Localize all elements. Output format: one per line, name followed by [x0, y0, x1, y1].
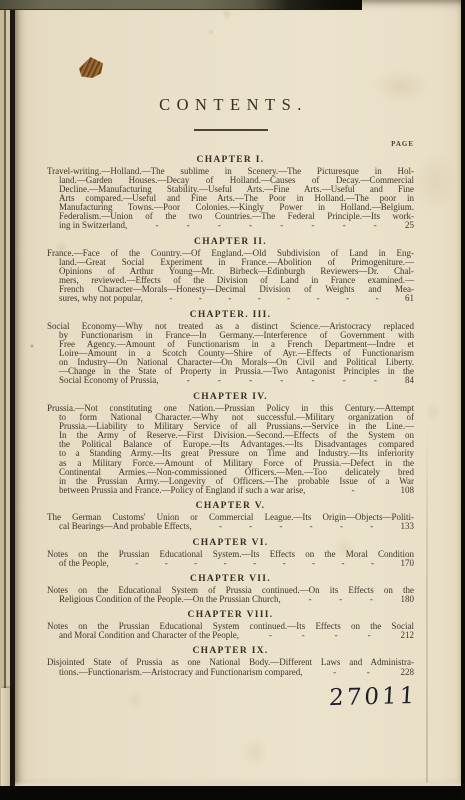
- leader-dash: -: [370, 522, 373, 531]
- leader-dash: -: [302, 631, 305, 640]
- chapter-last-line: Social Economy of Prussia, -------84: [47, 376, 414, 385]
- toc-chapter: CHAPTER VI. Notes on the Prussian Educat…: [47, 538, 414, 568]
- leader-dash: -: [310, 522, 313, 531]
- page-crease: [426, 420, 428, 783]
- leader-dash: -: [376, 294, 379, 303]
- chapter-heading: CHAPTER IV.: [47, 392, 414, 402]
- leader-dash: -: [342, 559, 345, 568]
- leader-dash: -: [312, 559, 315, 568]
- chapter-last-line: ing in Switzerland, --------25: [47, 221, 414, 230]
- chapter-page-number: 170: [400, 559, 414, 568]
- leader-dash: -: [368, 631, 371, 640]
- chapter-last-line: between Prussia and France.—Policy of En…: [47, 486, 414, 495]
- chapter-page-number: 212: [400, 631, 414, 640]
- leader-dash: -: [339, 595, 342, 604]
- book-page: CONTENTS. PAGE CHAPTER I. Travel-writing…: [15, 0, 462, 787]
- scanner-background-right-edge: [461, 0, 465, 800]
- scanner-background-top-band: [0, 0, 362, 10]
- scanned-book-page: CONTENTS. PAGE CHAPTER I. Travel-writing…: [0, 0, 465, 800]
- toc-chapter: CHAPTER II. France.—Face of the Country.…: [47, 237, 414, 304]
- chapter-heading: CHAPTER II.: [47, 237, 414, 247]
- leader-dash: -: [374, 221, 377, 230]
- chapter-last-line-text: Religious Condition of the People.—On th…: [59, 595, 281, 604]
- chapter-heading: CHAPTER V.: [47, 501, 414, 511]
- leader-dash: -: [335, 631, 338, 640]
- chapter-heading: CHAPTER IX.: [47, 646, 414, 656]
- chapter-heading: CHAPTER VII.: [47, 574, 414, 584]
- toc-chapter: CHAPTER IV. Prussia.—Not constituting on…: [47, 392, 414, 496]
- leader-dash: -: [370, 595, 373, 604]
- chapter-last-line: of the People, ---------170: [47, 559, 414, 568]
- chapter-page-number: 108: [401, 486, 415, 495]
- leader-dash: -: [333, 668, 336, 677]
- chapter-lines: Prussia.—Not constituting one Nation.—Pr…: [47, 404, 414, 486]
- leader-dash: -: [343, 376, 346, 385]
- leader-dash: -: [249, 522, 252, 531]
- toc-chapter: CHAPTER I. Travel-writing.—Holland.—The …: [47, 155, 414, 231]
- chapter-heading: CHAPTER VIII.: [47, 610, 414, 620]
- leader-dash: -: [199, 294, 202, 303]
- leader-dash: -: [308, 595, 311, 604]
- page-title: CONTENTS.: [47, 94, 414, 116]
- adjacent-page-edge: [0, 0, 15, 787]
- chapter-page-number: 133: [400, 522, 414, 531]
- chapter-last-line-text: and Moral Condition and Character of the…: [59, 631, 239, 640]
- leader-dash: -: [283, 559, 286, 568]
- chapter-heading: CHAPTER I.: [47, 155, 414, 165]
- leader-dash: -: [219, 522, 222, 531]
- chapter-last-line-text: ing in Switzerland,: [59, 221, 127, 230]
- leader-dash: -: [311, 221, 314, 230]
- leaf-stain: [79, 57, 103, 78]
- chapter-page-number: 25: [405, 221, 414, 230]
- leader-dash: -: [317, 294, 320, 303]
- chapter-page-number: 228: [400, 668, 414, 677]
- chapter-lines: France.—Face of the Country.—Of England.…: [47, 249, 414, 295]
- chapter-last-line: tions.—Functionarism.—Aristocracy and Fu…: [47, 668, 414, 677]
- leader-dash: -: [343, 221, 346, 230]
- leader-dash: -: [218, 376, 221, 385]
- leader-dash: -: [135, 559, 138, 568]
- chapter-heading: CHAPTER. III.: [47, 310, 414, 320]
- leader-dash: -: [194, 559, 197, 568]
- chapter-last-line: cal Bearings—And probable Effects, -----…: [47, 522, 414, 531]
- chapter-heading: CHAPTER VI.: [47, 538, 414, 548]
- chapter-lines: Travel-writing.—Holland.—The sublime in …: [47, 167, 414, 222]
- chapter-last-line-text: Social Economy of Prussia,: [59, 376, 159, 385]
- leader-dash: -: [367, 668, 370, 677]
- chapter-page-number: 84: [405, 376, 414, 385]
- leader-dash: -: [218, 221, 221, 230]
- chapter-page-number: 61: [405, 294, 414, 303]
- page-curl-edge: [1, 688, 10, 786]
- toc-chapter: CHAPTER VII. Notes on the Educational Sy…: [47, 574, 414, 604]
- leader-dash: -: [280, 221, 283, 230]
- leader-dash: -: [249, 376, 252, 385]
- leader-dash: -: [224, 559, 227, 568]
- toc-chapter: CHAPTER. III. Social Economy—Why not tre…: [47, 310, 414, 386]
- chapter-page-number: 180: [401, 595, 415, 604]
- toc-chapter: CHAPTER VIII. Notes on the Prussian Educ…: [47, 610, 414, 640]
- leader-dash: -: [169, 294, 172, 303]
- handwritten-accession-number: 27011: [328, 683, 418, 711]
- leader-dash: -: [346, 294, 349, 303]
- chapter-lines: Social Economy—Why not treated as a dist…: [47, 322, 414, 377]
- leader-dash: -: [249, 221, 252, 230]
- leader-dash: -: [280, 376, 283, 385]
- leader-dash: -: [374, 376, 377, 385]
- toc-chapter: CHAPTER IX. Disjointed State of Prussia …: [47, 646, 414, 676]
- toc-chapter-list: CHAPTER I. Travel-writing.—Holland.—The …: [47, 155, 414, 677]
- leader-dash: -: [269, 631, 272, 640]
- chapter-last-line-text: between Prussia and France.—Policy of En…: [59, 486, 305, 495]
- leader-dash: -: [340, 522, 343, 531]
- chapter-last-line-text: of the People,: [59, 559, 109, 568]
- leader-dash: -: [253, 559, 256, 568]
- chapter-last-line: Religious Condition of the People.—On th…: [47, 595, 414, 604]
- chapter-last-line: sures, why not popular, --------61: [47, 294, 414, 303]
- title-rule: [194, 129, 268, 131]
- leader-dash: -: [165, 559, 168, 568]
- chapter-last-line-text: cal Bearings—And probable Effects,: [59, 522, 192, 531]
- leader-dash: -: [311, 376, 314, 385]
- leader-dash: -: [371, 559, 374, 568]
- leader-dash: -: [155, 221, 158, 230]
- toc-chapter: CHAPTER V. The German Customs' Union or …: [47, 501, 414, 531]
- leader-dash: -: [351, 486, 354, 495]
- leader-dash: -: [228, 294, 231, 303]
- page-column-label: PAGE: [47, 140, 414, 149]
- chapter-last-line-text: sures, why not popular,: [59, 294, 143, 303]
- leader-dash: -: [258, 294, 261, 303]
- chapter-last-line: and Moral Condition and Character of the…: [47, 631, 414, 640]
- leader-dash: -: [187, 376, 190, 385]
- leader-dash: -: [280, 522, 283, 531]
- leader-dash: -: [287, 294, 290, 303]
- chapter-last-line-text: tions.—Functionarism.—Aristocracy and Fu…: [59, 668, 302, 677]
- leader-dash: -: [187, 221, 190, 230]
- scanner-background-bottom-band: [0, 786, 465, 800]
